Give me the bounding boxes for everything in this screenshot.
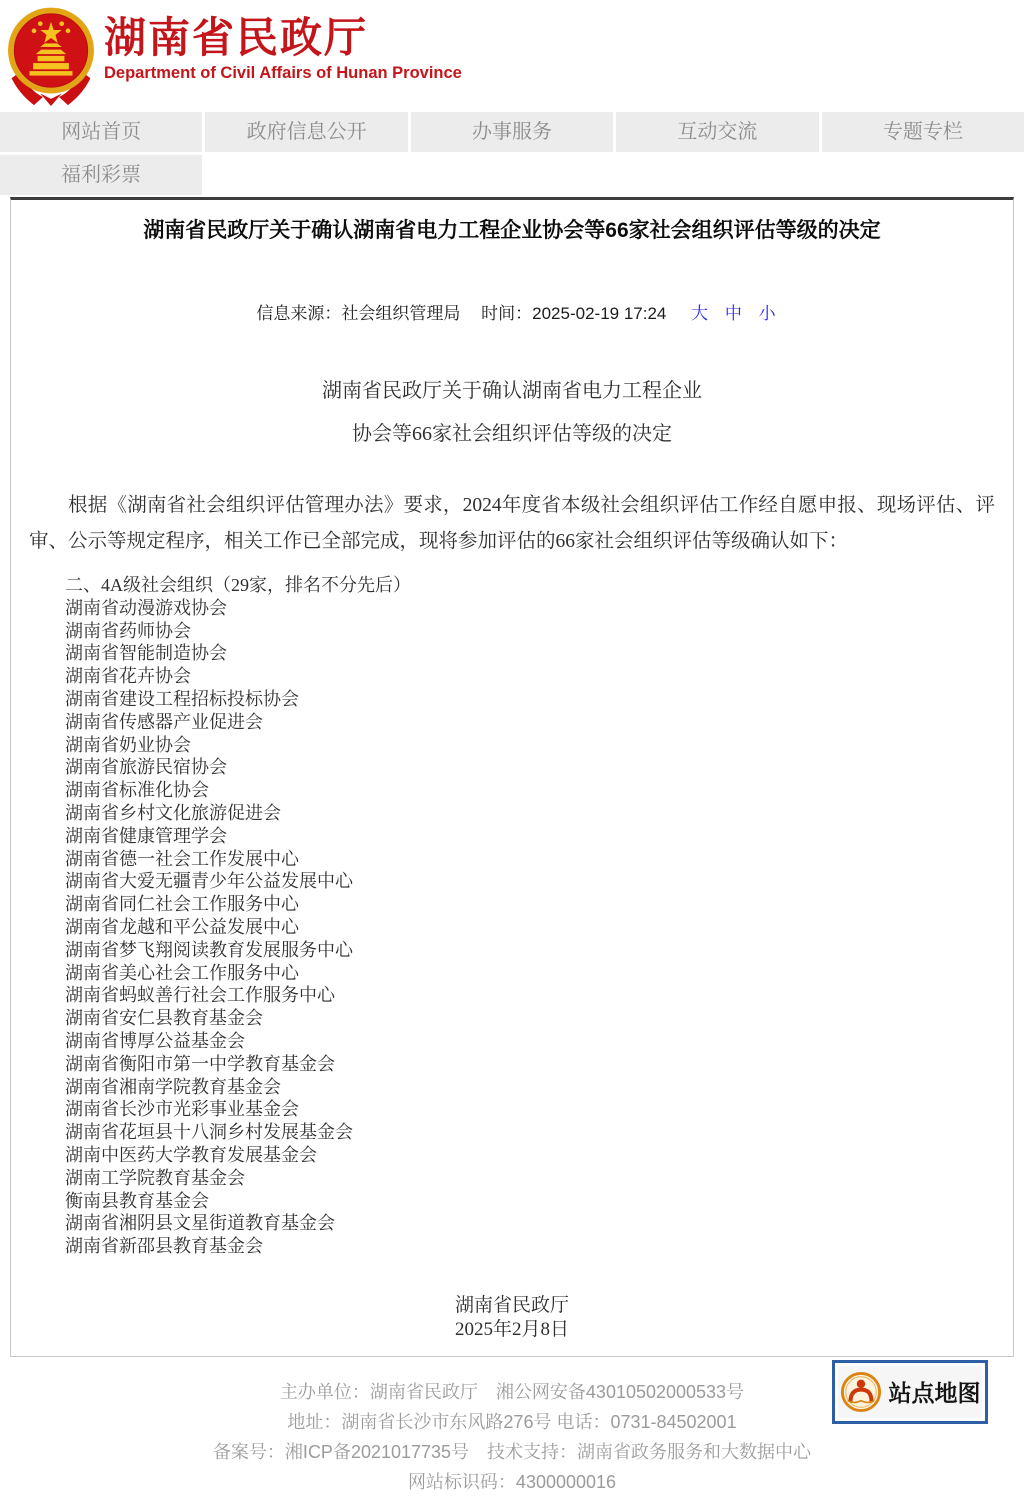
article-content-box: 湖南省民政厅关于确认湖南省电力工程企业协会等66家社会组织评估等级的决定 信息来… [10, 197, 1014, 1357]
organization-item: 湖南省美心社会工作服务中心 [29, 962, 995, 985]
organization-item: 湖南省大爱无疆青少年公益发展中心 [29, 870, 995, 893]
font-size-large-link[interactable]: 大 [691, 304, 708, 323]
organization-item: 湖南省衡阳市第一中学教育基金会 [29, 1053, 995, 1076]
organization-item: 湖南省梦飞翔阅读教育发展服务中心 [29, 939, 995, 962]
organization-item: 湖南省动漫游戏协会 [29, 597, 995, 620]
nav-item[interactable]: 政府信息公开 [205, 112, 407, 152]
organization-item: 湖南省健康管理学会 [29, 825, 995, 848]
nav-item[interactable]: 专题专栏 [822, 112, 1024, 152]
organization-item: 衡南县教育基金会 [29, 1190, 995, 1213]
body-paragraph: 根据《湖南省社会组织评估管理办法》要求，2024年度省本级社会组织评估工作经自愿… [29, 488, 995, 560]
nav-row-2: 福利彩票 [0, 155, 1024, 195]
nav-item[interactable]: 办事服务 [411, 112, 613, 152]
mca-emblem-icon [840, 1371, 882, 1413]
organization-item: 湖南省湘阴县文星街道教育基金会 [29, 1212, 995, 1235]
section-heading-4a: 二、4A级社会组织（29家，排名不分先后） [29, 574, 995, 597]
sitemap-button[interactable]: 站点地图 [832, 1360, 988, 1424]
china-national-emblem-icon [6, 4, 96, 106]
nav-item-welfare-lottery[interactable]: 福利彩票 [0, 155, 202, 195]
organization-item: 湖南省花垣县十八洞乡村发展基金会 [29, 1121, 995, 1144]
organization-item: 湖南省同仁社会工作服务中心 [29, 893, 995, 916]
footer-line: 备案号：湘ICP备2021017735号 技术支持：湖南省政务服务和大数据中心 [0, 1437, 1024, 1467]
organization-item: 湖南省长沙市光彩事业基金会 [29, 1098, 995, 1121]
organization-item: 湖南省安仁县教育基金会 [29, 1007, 995, 1030]
organization-list: 湖南省动漫游戏协会湖南省药师协会湖南省智能制造协会湖南省花卉协会湖南省建设工程招… [29, 597, 995, 1258]
organization-item: 湖南省药师协会 [29, 620, 995, 643]
organization-item: 湖南省花卉协会 [29, 665, 995, 688]
organization-item: 湖南省新邵县教育基金会 [29, 1235, 995, 1258]
article-meta: 信息来源：社会组织管理局 时间：2025-02-19 17:24 大 中 小 [29, 302, 995, 326]
site-header: 湖南省民政厅 Department of Civil Affairs of Hu… [0, 0, 1024, 112]
organization-item: 湖南中医药大学教育发展基金会 [29, 1144, 995, 1167]
organization-item: 湖南省智能制造协会 [29, 642, 995, 665]
nav-item[interactable]: 网站首页 [0, 112, 202, 152]
organization-item: 湖南省奶业协会 [29, 734, 995, 757]
document-title: 湖南省民政厅关于确认湖南省电力工程企业 协会等66家社会组织评估等级的决定 [29, 370, 995, 456]
nav-item[interactable]: 互动交流 [616, 112, 818, 152]
signature-name: 湖南省民政厅 [29, 1294, 995, 1318]
organization-item: 湖南省标准化协会 [29, 779, 995, 802]
organization-item: 湖南省龙越和平公益发展中心 [29, 916, 995, 939]
article-time: 时间：2025-02-19 17:24 [481, 304, 666, 323]
organization-item: 湖南省建设工程招标投标协会 [29, 688, 995, 711]
organization-item: 湖南省传感器产业促进会 [29, 711, 995, 734]
document-title-line2: 协会等66家社会组织评估等级的决定 [29, 413, 995, 456]
nav-row-1: 网站首页政府信息公开办事服务互动交流专题专栏 [0, 112, 1024, 152]
organization-item: 湖南省乡村文化旅游促进会 [29, 802, 995, 825]
sitemap-label: 站点地图 [889, 1375, 981, 1408]
font-size-small-link[interactable]: 小 [759, 304, 776, 323]
site-footer: 主办单位：湖南省民政厅 湘公网安备43010502000533号地址：湖南省长沙… [0, 1357, 1024, 1500]
organization-item: 湖南省旅游民宿协会 [29, 756, 995, 779]
signature-date: 2025年2月8日 [29, 1318, 995, 1342]
article-source: 信息来源：社会组织管理局 [256, 304, 460, 323]
page-title: 湖南省民政厅关于确认湖南省电力工程企业协会等66家社会组织评估等级的决定 [29, 216, 995, 246]
document-title-line1: 湖南省民政厅关于确认湖南省电力工程企业 [29, 370, 995, 413]
site-subtitle: Department of Civil Affairs of Hunan Pro… [104, 64, 462, 83]
nav-filler [205, 155, 1024, 195]
footer-line: 网站标识码：4300000016 [0, 1467, 1024, 1497]
organization-item: 湖南省蚂蚁善行社会工作服务中心 [29, 984, 995, 1007]
site-title: 湖南省民政厅 [104, 14, 462, 62]
organization-item: 湖南省博厚公益基金会 [29, 1030, 995, 1053]
site-title-wrap: 湖南省民政厅 Department of Civil Affairs of Hu… [104, 4, 462, 83]
organization-item: 湖南工学院教育基金会 [29, 1167, 995, 1190]
site-logo-link[interactable]: 湖南省民政厅 Department of Civil Affairs of Hu… [6, 4, 462, 106]
organization-item: 湖南省德一社会工作发展中心 [29, 848, 995, 871]
font-size-medium-link[interactable]: 中 [725, 304, 742, 323]
main-nav: 网站首页政府信息公开办事服务互动交流专题专栏 福利彩票 [0, 112, 1024, 195]
organization-item: 湖南省湘南学院教育基金会 [29, 1076, 995, 1099]
signature-block: 湖南省民政厅 2025年2月8日 [29, 1294, 995, 1342]
